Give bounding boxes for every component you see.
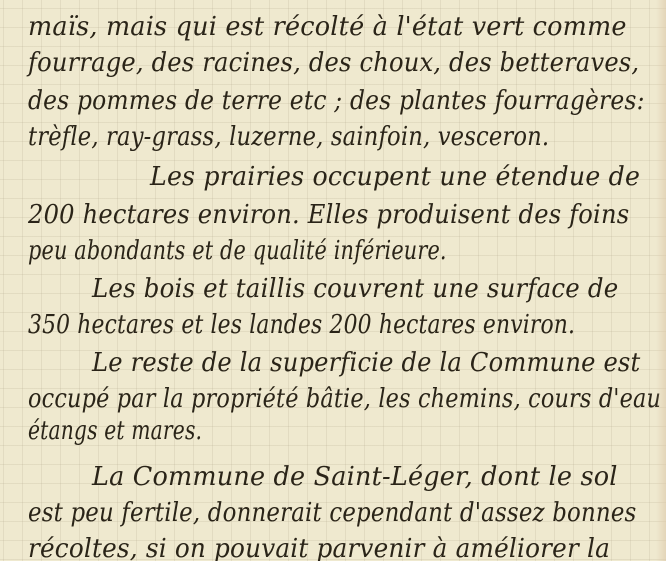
manuscript-line: maïs, mais qui est récolté à l'état vert… <box>28 12 627 42</box>
paragraph-start-bois: Les bois et taillis couvrent une surface… <box>92 274 618 304</box>
manuscript-line: 200 hectares environ. Elles produisent d… <box>28 200 629 230</box>
manuscript-line: peu abondants et de qualité inférieure. <box>28 236 447 266</box>
manuscript-line: 350 hectares et les landes 200 hectares … <box>28 310 575 340</box>
paragraph-start-prairies: Les prairies occupent une étendue de <box>150 162 640 192</box>
manuscript-line: occupé par la propriété bâtie, les chemi… <box>28 384 661 414</box>
manuscript-page: maïs, mais qui est récolté à l'état vert… <box>0 0 666 561</box>
manuscript-line: trèfle, ray-grass, luzerne, sainfoin, ve… <box>28 122 549 152</box>
manuscript-line: récoltes, si on pouvait parvenir à améli… <box>28 534 610 561</box>
manuscript-line: des pommes de terre etc ; des plantes fo… <box>28 86 645 116</box>
paragraph-start-commune: La Commune de Saint-Léger, dont le sol <box>92 462 618 492</box>
manuscript-line: est peu fertile, donnerait cependant d'a… <box>28 498 636 528</box>
manuscript-line: étangs et mares. <box>28 416 202 446</box>
manuscript-line: fourrage, des racines, des choux, des be… <box>28 48 639 78</box>
paragraph-start-reste: Le reste de la superficie de la Commune … <box>92 348 640 378</box>
